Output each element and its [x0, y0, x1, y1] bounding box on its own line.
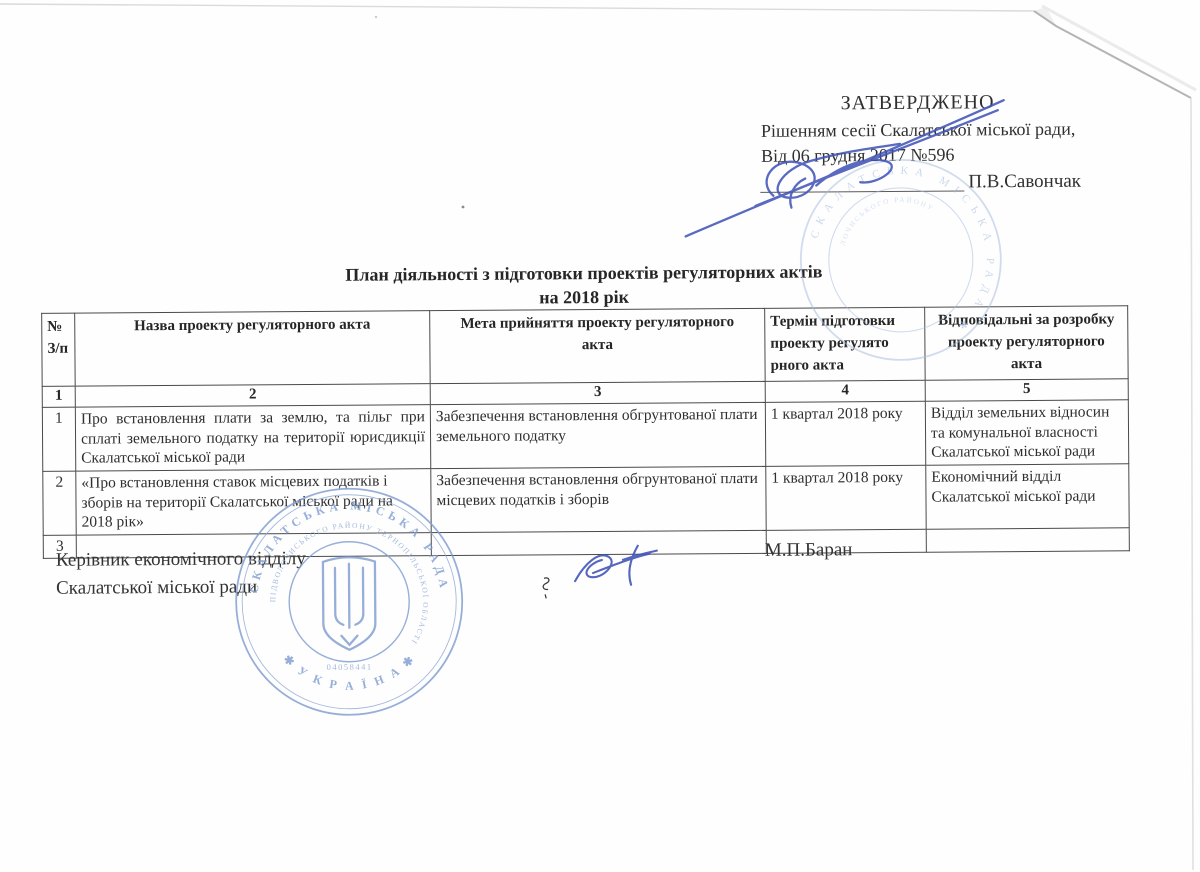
scan-content: ЗАТВЕРДЖЕНО Рішенням сесії Скалатської м…: [0, 0, 1200, 872]
seal-ring-text-bottom: ✱ У К Р А Ї Н А ✱: [280, 651, 418, 693]
approval-label: ЗАТВЕРДЖЕНО: [841, 91, 995, 115]
header-cell-term: Термін підготовки проекту регулято рного…: [765, 307, 926, 381]
table-row: 1 Про встановлення плати за землю, та пі…: [42, 400, 1128, 472]
footer-position-line2: Скалатської міської ради: [56, 576, 257, 599]
faint-seal-inner-text: ЛОЧИСЬКОГО РАЙОНУ: [838, 196, 936, 247]
table-header-row: № З/п Назва проекту регуляторного акта М…: [42, 306, 1128, 387]
column-number: 4: [765, 380, 925, 402]
header-cell-project-name: Назва проекту регуляторного акта: [75, 311, 431, 386]
row2-responsible: Економічний відділ Скалатської міської р…: [926, 464, 1129, 529]
approval-signer-name: П.В.Савончак: [968, 171, 1081, 194]
row1-project-name: Про встановлення плати за землю, та піль…: [75, 405, 430, 471]
row1-term: 1 квартал 2018 року: [765, 401, 925, 466]
plan-table: № З/п Назва проекту регуляторного акта М…: [41, 305, 1130, 559]
column-number: 5: [925, 379, 1128, 401]
table-row: 2 «Про встановлення ставок місцевих пода…: [43, 464, 1129, 536]
row1-purpose: Забезпечення встановлення обгрунтованої …: [430, 402, 765, 468]
scanned-document-page: ЗАТВЕРДЖЕНО Рішенням сесії Скалатської м…: [0, 0, 1200, 872]
row2-purpose: Забезпечення встановлення обгрунтованої …: [431, 466, 766, 532]
row1-number: 1: [42, 407, 75, 471]
row3-purpose: [431, 530, 766, 555]
row2-term: 1 квартал 2018 року: [766, 465, 926, 530]
trident-icon: [323, 557, 376, 650]
row2-project-name: «Про встановлення ставок місцевих податк…: [76, 469, 431, 535]
column-number: 3: [430, 381, 765, 404]
approval-date-line: Від 06 грудня 2017 №596: [761, 145, 955, 167]
svg-text:✱ У К Р А Ї Н А ✱: ✱ У К Р А Ї Н А ✱: [280, 651, 418, 693]
column-number: 2: [75, 384, 430, 407]
svg-text:ЛОЧИСЬКОГО РАЙОНУ: ЛОЧИСЬКОГО РАЙОНУ: [838, 196, 936, 247]
row3-responsible: [926, 528, 1129, 552]
header-cell-number: № З/п: [42, 313, 76, 386]
approval-resolution-line: Рішенням сесії Скалатської міської ради,: [761, 119, 1076, 142]
seal-edrpou-code: 04058441: [327, 662, 373, 672]
row2-number: 2: [43, 471, 76, 535]
approval-signature-line: [760, 189, 964, 192]
approval-block: ЗАТВЕРДЖЕНО: [841, 91, 995, 115]
footer-position-line1: Керівник економічного відділу: [56, 548, 306, 572]
ink-squiggle-artifact: [543, 578, 549, 599]
header-cell-responsible: Відповідальні за розробку проекту регуля…: [925, 306, 1129, 380]
footer-signer-name: М.П.Баран: [765, 539, 853, 562]
row1-responsible: Відділ земельних відносин та комунальної…: [925, 400, 1128, 465]
column-number: 1: [42, 386, 75, 407]
header-cell-purpose: Мета прийняття проекту регуляторного акт…: [430, 308, 766, 383]
